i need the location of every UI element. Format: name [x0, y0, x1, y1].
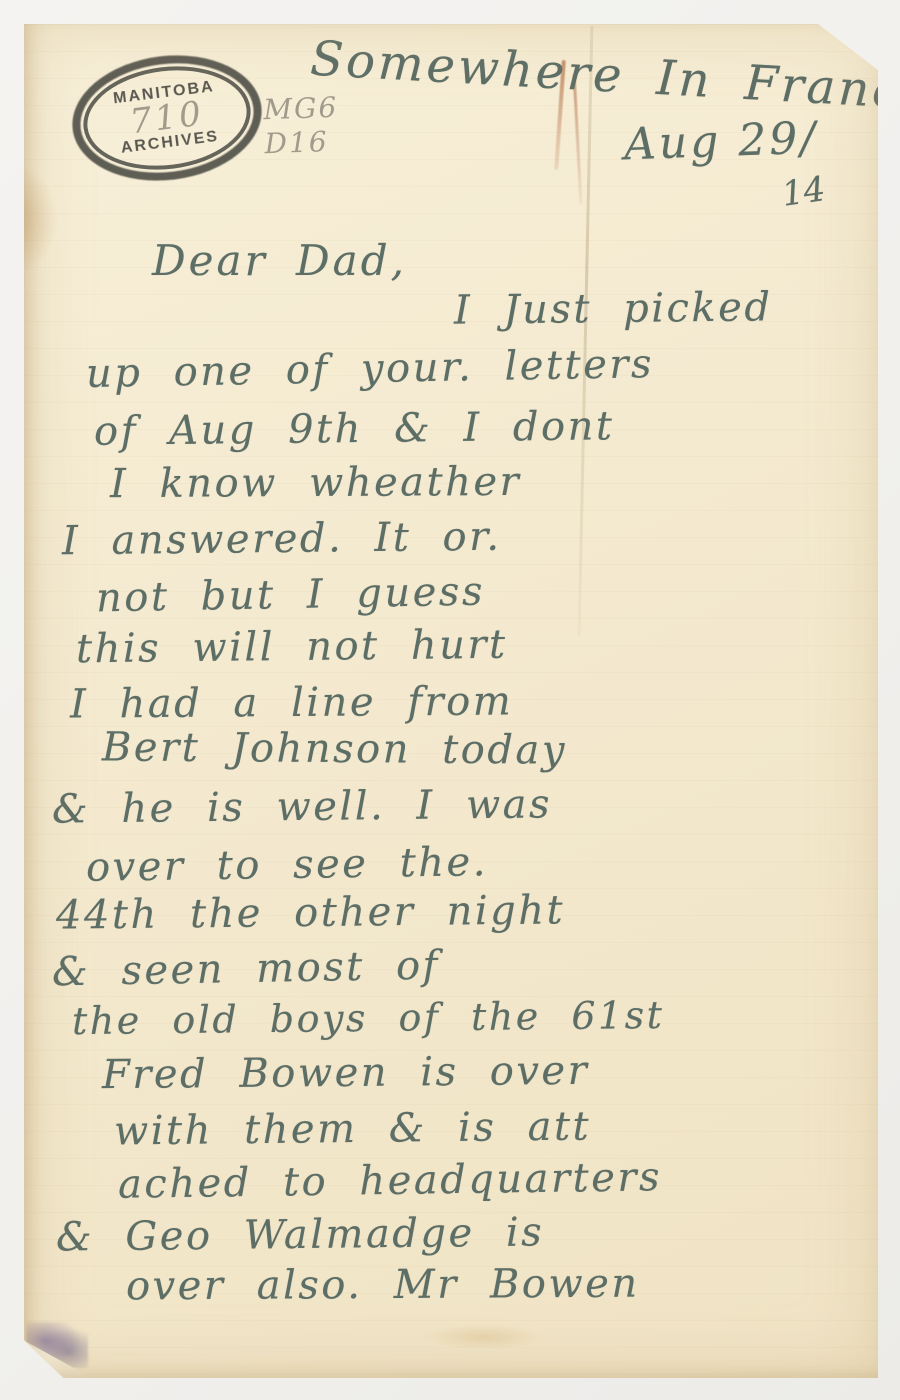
scanned-letter-page: MANITOBA 710 ARCHIVES MG6 D16 Somewhere …	[0, 0, 900, 1400]
pencil-line-2: D16	[264, 125, 340, 162]
handwritten-line: of Aug 9th & I dont	[94, 403, 615, 454]
handwritten-line: over to see the.	[86, 839, 488, 891]
letter-salutation: Dear Dad,	[152, 236, 407, 285]
manitoba-archives-stamp: MANITOBA 710 ARCHIVES	[65, 45, 269, 191]
letter-date-year: 14	[779, 169, 827, 215]
bottom-stain	[424, 1324, 544, 1350]
handwritten-line: not but I guess	[96, 569, 486, 622]
handwritten-line: & seen most of	[52, 943, 441, 996]
handwritten-line: up one of your. letters	[86, 341, 655, 397]
handwritten-line: & Geo Walmadge is	[56, 1209, 545, 1260]
pencil-catalogue-notation: MG6 D16	[263, 91, 340, 162]
letter-date: Aug 29/	[623, 113, 819, 171]
handwritten-line: 44th the other night	[56, 887, 566, 938]
handwritten-line: with them & is att	[114, 1104, 592, 1155]
edge-stain	[18, 164, 58, 274]
handwritten-line: this will not hurt	[76, 622, 508, 673]
handwritten-line: ached to headquarters	[118, 1154, 663, 1208]
letter-location-line: Somewhere In France	[309, 31, 900, 122]
handwritten-line: Bert Johnson today	[102, 724, 567, 773]
handwritten-line: the old boys of the 61st	[72, 993, 665, 1043]
handwritten-line: I know wheather	[110, 459, 521, 507]
letter-paper: MANITOBA 710 ARCHIVES MG6 D16 Somewhere …	[24, 24, 878, 1378]
handwritten-line: I answered. It or.	[62, 514, 502, 565]
handwritten-line: I had a line from	[70, 678, 513, 727]
handwritten-line: over also. Mr Bowen	[126, 1261, 640, 1310]
handwritten-line: Fred Bowen is over	[102, 1048, 590, 1098]
handwritten-line: & he is well. I was	[52, 781, 553, 832]
pencil-line-1: MG6	[263, 91, 339, 128]
handwritten-line: I Just picked	[454, 284, 773, 333]
